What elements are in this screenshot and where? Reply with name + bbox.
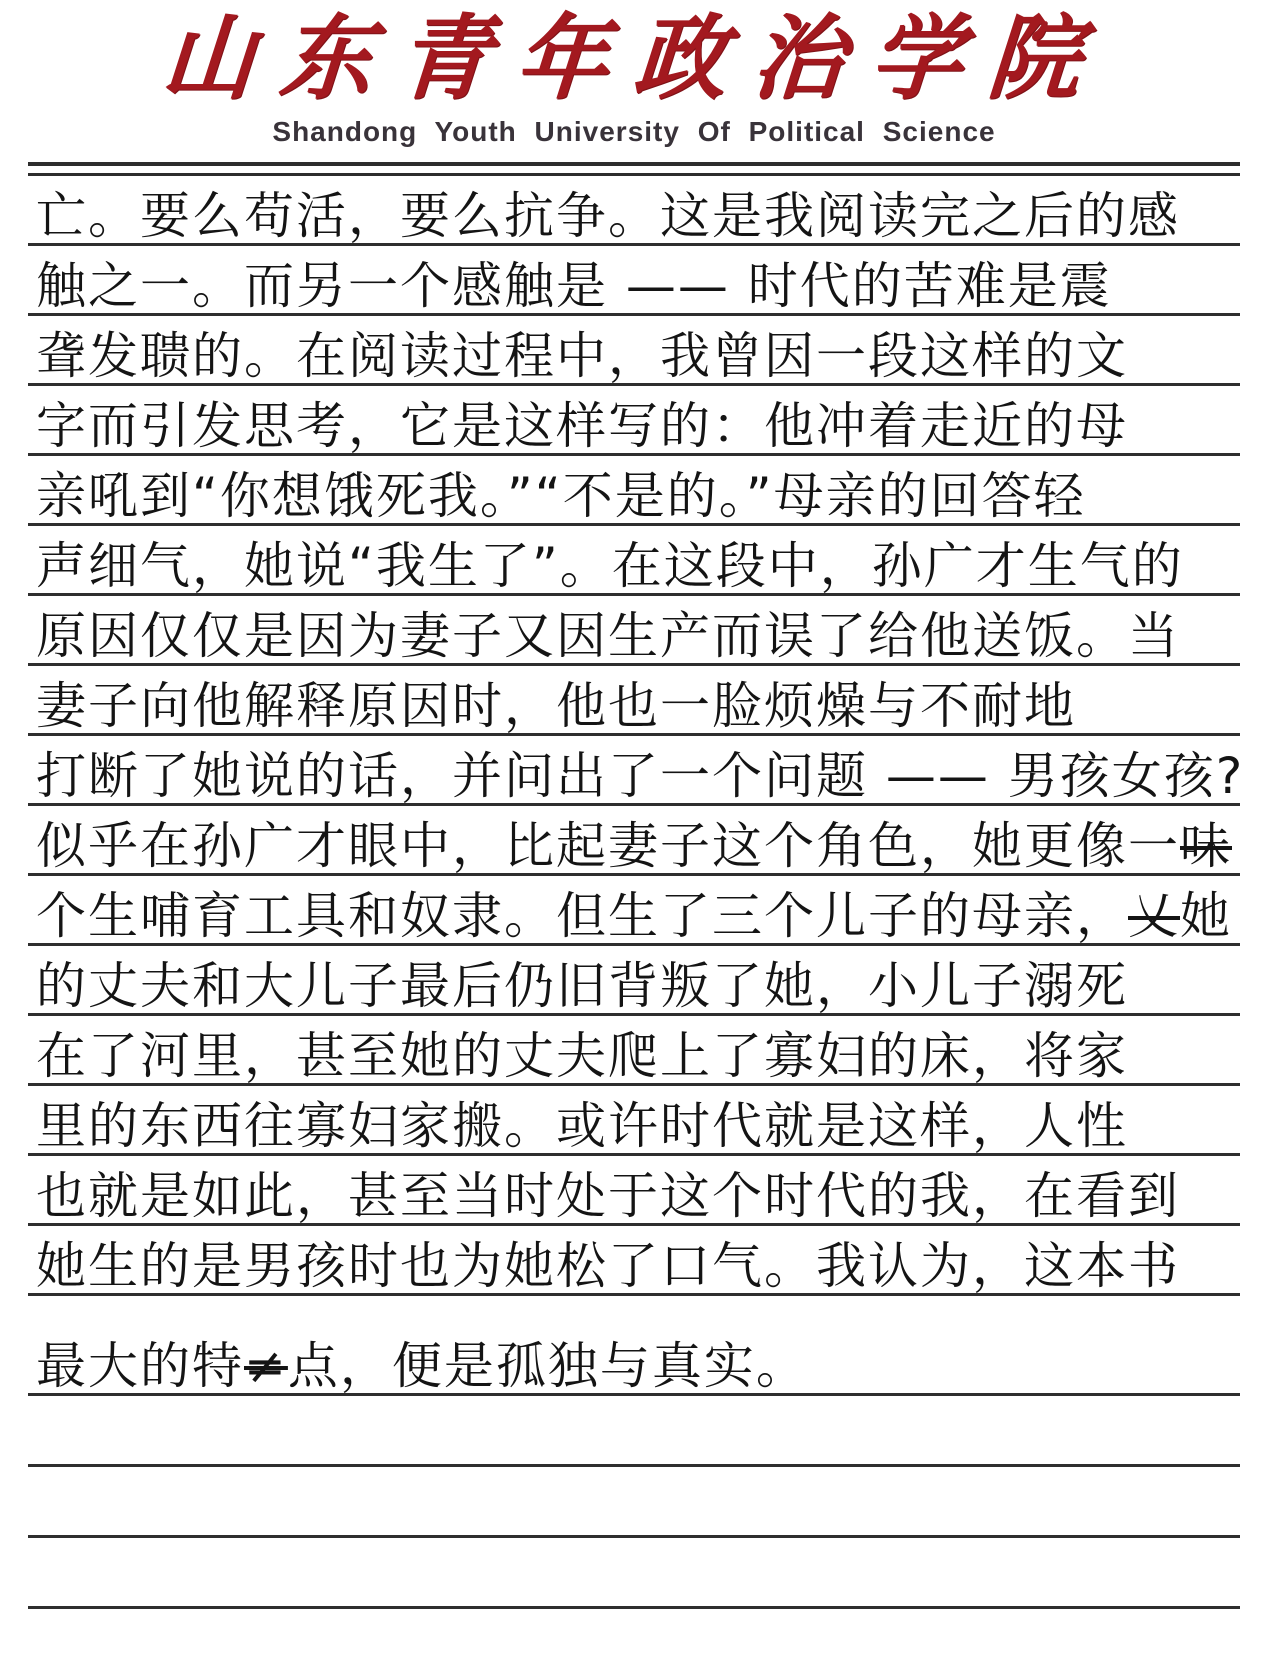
university-name-calligraphy: 山东青年政治学院	[158, 6, 1109, 112]
handwritten-text: 最大的特	[36, 1340, 244, 1392]
handwritten-text: 似乎在孙广才眼中，比起妻子这个角色，她更像一	[36, 820, 1180, 872]
handwritten-line: 声细气，她说“我生了”。在这段中，孙广才生气的	[28, 526, 1240, 596]
handwritten-text: 字而引发思考，它是这样写的：他冲着走近的母	[36, 400, 1128, 452]
handwritten-line: 亡。要么苟活，要么抗争。这是我阅读完之后的感	[28, 176, 1240, 246]
struck-out-text: 味	[1180, 820, 1232, 872]
handwritten-line: 在了河里，甚至她的丈夫爬上了寡妇的床，将家	[28, 1016, 1240, 1086]
handwritten-text: 声细气，她说“我生了”。在这段中，孙广才生气的	[36, 540, 1184, 592]
handwritten-line: 触之一。而另一个感触是 —— 时代的苦难是震	[28, 246, 1240, 316]
empty-ruled-line	[28, 1538, 1240, 1609]
handwritten-text: 妻子向他解释原因时，他也一脸烦燥与不耐地	[36, 680, 1076, 732]
handwritten-line: 个生哺育工具和奴隶。但生了三个儿子的母亲，乂她	[28, 876, 1240, 946]
header-divider-rule	[28, 162, 1240, 176]
empty-ruled-line	[28, 1467, 1240, 1538]
handwritten-text: 也就是如此，甚至当时处于这个时代的我，在看到	[36, 1170, 1180, 1222]
handwritten-text: 她生的是男孩时也为她松了口气。我认为，这本书	[36, 1240, 1180, 1292]
handwritten-line: 的丈夫和大儿子最后仍旧背叛了她，小儿子溺死	[28, 946, 1240, 1016]
handwritten-text: 打断了她说的话，并问出了一个问题 —— 男孩女孩?	[36, 750, 1240, 802]
handwritten-text: 触之一。而另一个感触是 —— 时代的苦难是震	[36, 260, 1112, 312]
handwritten-line: 聋发聩的。在阅读过程中，我曾因一段这样的文	[28, 316, 1240, 386]
empty-ruled-line	[28, 1396, 1240, 1467]
handwritten-text: 亲吼到“你想饿死我。”“不是的。”母亲的回答轻	[36, 470, 1086, 522]
handwritten-text: 聋发聩的。在阅读过程中，我曾因一段这样的文	[36, 330, 1128, 382]
handwritten-text: 的丈夫和大儿子最后仍旧背叛了她，小儿子溺死	[36, 960, 1128, 1012]
handwritten-line: 似乎在孙广才眼中，比起妻子这个角色，她更像一味	[28, 806, 1240, 876]
handwritten-line: 也就是如此，甚至当时处于这个时代的我，在看到	[28, 1156, 1240, 1226]
handwritten-line: 她生的是男孩时也为她松了口气。我认为，这本书	[28, 1226, 1240, 1296]
handwritten-line: 里的东西往寡妇家搬。或许时代就是这样，人性	[28, 1086, 1240, 1156]
struck-out-text: 乂	[1128, 890, 1180, 942]
handwritten-line: 字而引发思考，它是这样写的：他冲着走近的母	[28, 386, 1240, 456]
handwritten-line: 最大的特≠点，便是孤独与真实。	[28, 1296, 1240, 1396]
handwritten-text: 原因仅仅是因为妻子又因生产而误了给他送饭。当	[36, 610, 1180, 662]
handwritten-text: 在了河里，甚至她的丈夫爬上了寡妇的床，将家	[36, 1030, 1128, 1082]
letterhead: 山东青年政治学院 Shandong Youth University Of Po…	[0, 0, 1268, 148]
university-name-english: Shandong Youth University Of Political S…	[0, 116, 1268, 148]
struck-out-text: ≠	[244, 1340, 288, 1392]
handwritten-line: 妻子向他解释原因时，他也一脸烦燥与不耐地	[28, 666, 1240, 736]
handwritten-text: 里的东西往寡妇家搬。或许时代就是这样，人性	[36, 1100, 1128, 1152]
handwritten-text: 个生哺育工具和奴隶。但生了三个儿子的母亲，	[36, 890, 1128, 942]
handwritten-line: 原因仅仅是因为妻子又因生产而误了给他送饭。当	[28, 596, 1240, 666]
handwritten-line: 亲吼到“你想饿死我。”“不是的。”母亲的回答轻	[28, 456, 1240, 526]
handwritten-line: 打断了她说的话，并问出了一个问题 —— 男孩女孩?	[28, 736, 1240, 806]
handwritten-text: 她	[1180, 890, 1232, 942]
writing-area: 亡。要么苟活，要么抗争。这是我阅读完之后的感触之一。而另一个感触是 —— 时代的…	[28, 176, 1240, 1609]
handwritten-text: 亡。要么苟活，要么抗争。这是我阅读完之后的感	[36, 190, 1180, 242]
document-page: 山东青年政治学院 Shandong Youth University Of Po…	[0, 0, 1268, 1679]
handwritten-text: 点，便是孤独与真实。	[288, 1340, 808, 1392]
